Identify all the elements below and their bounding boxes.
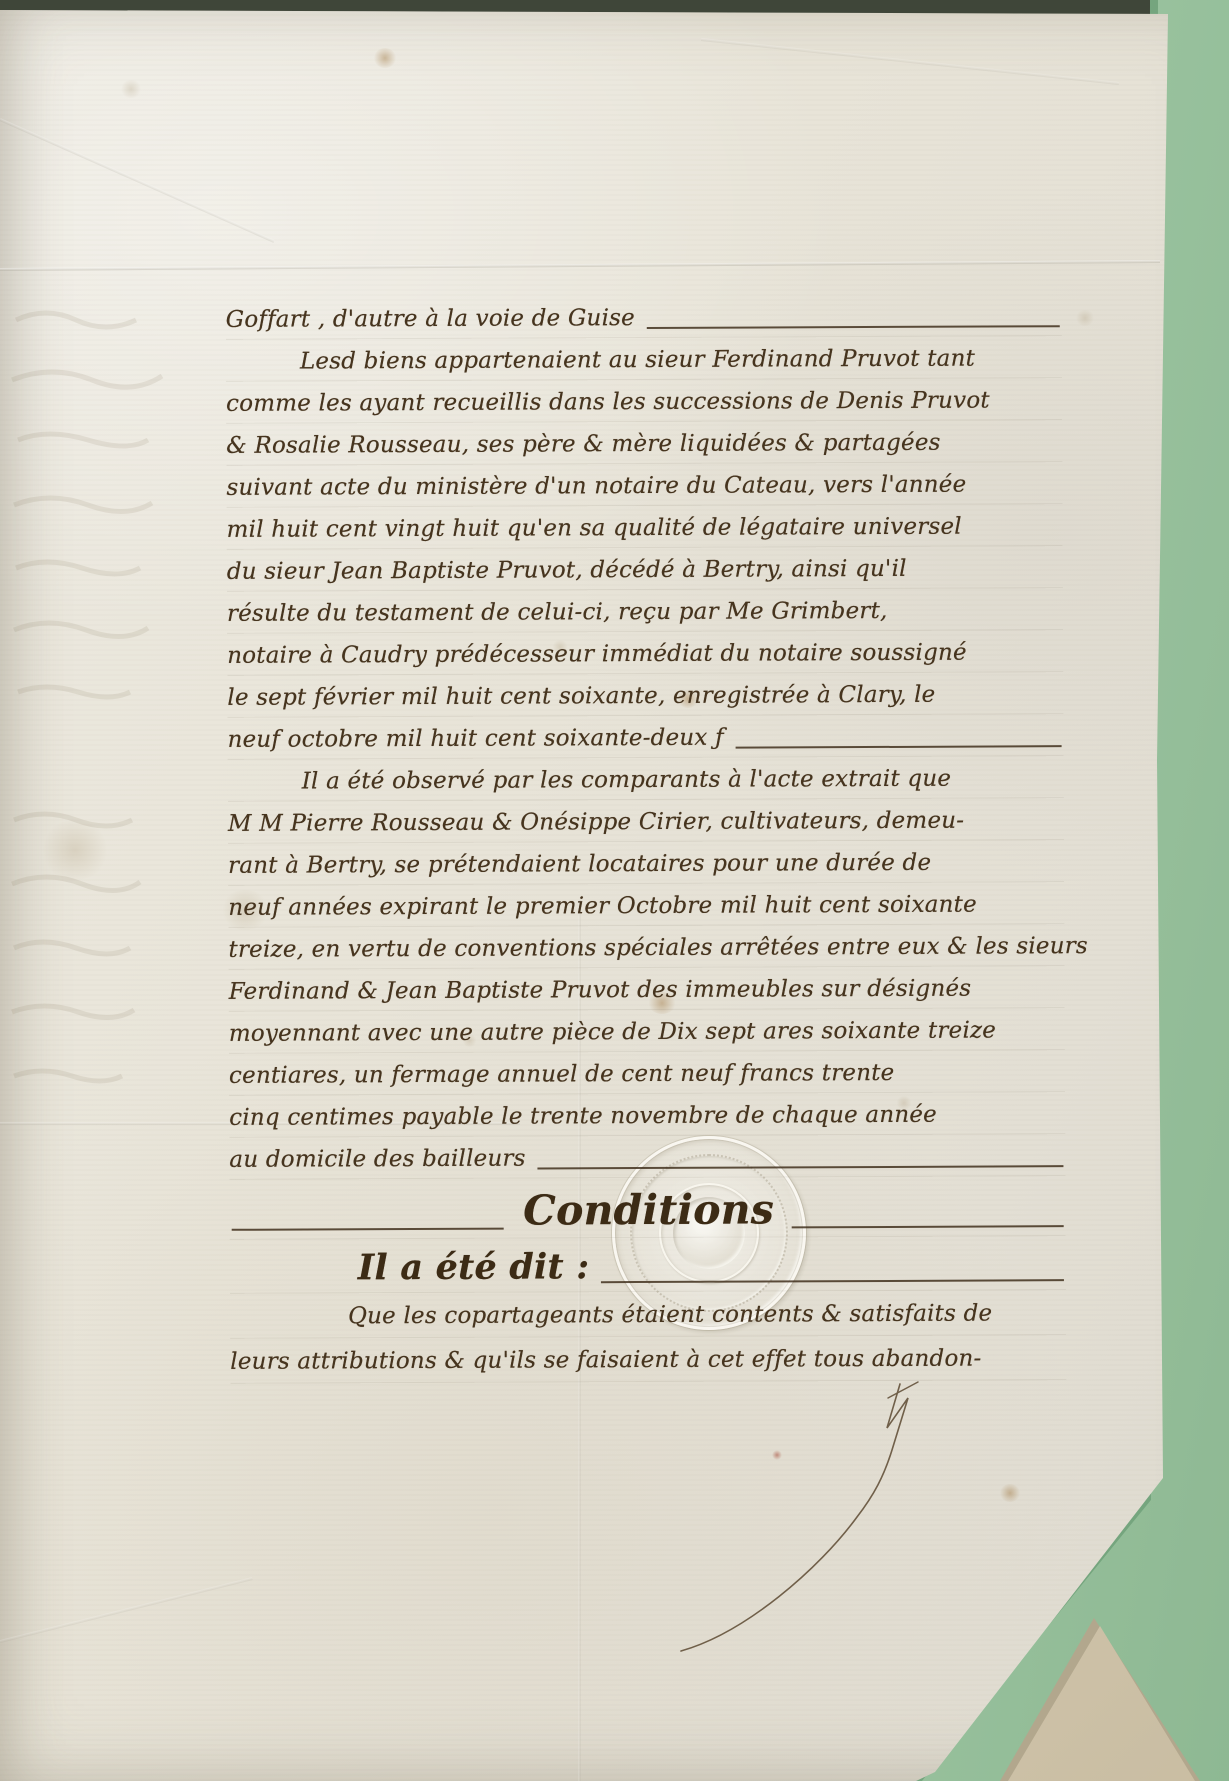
manuscript-line: & Rosalie Rousseau, ses père & mère liqu… [226,420,1062,466]
manuscript-line-text: au domicile des bailleurs [229,1139,525,1180]
manuscript-line: centiares, un fermage annuel de cent neu… [229,1050,1065,1096]
manuscript-line-text: Il a été observé par les comparants à l'… [302,759,952,802]
manuscript-line: le sept février mil huit cent soixante, … [227,672,1063,718]
manuscript-line-text: neuf années expirant le premier Octobre … [228,885,977,928]
manuscript-line: neuf années expirant le premier Octobre … [228,882,1064,928]
manuscript-line-text: neuf octobre mil huit cent soixante-deux… [227,718,723,760]
manuscript-line-text: Il a été dit : [358,1242,590,1293]
manuscript-line-text: comme les ayant recueillis dans les succ… [226,380,990,423]
manuscript-line: moyennant avec une autre pièce de Dix se… [229,1008,1065,1054]
manuscript-line-text: moyennant avec une autre pièce de Dix se… [229,1010,996,1053]
manuscript-line-text: Que les copartageants étaient contents &… [348,1292,992,1338]
manuscript-line: mil huit cent vingt huit qu'en sa qualit… [227,504,1063,550]
manuscript-line-text: Ferdinand & Jean Baptiste Pruvot des imm… [229,969,972,1012]
scanned-document-page: Goffart , d'autre à la voie de GuiseLesd… [0,0,1229,1781]
manuscript-line: treize, en vertu de conventions spéciale… [228,924,1064,970]
manuscript-line-text: & Rosalie Rousseau, ses père & mère liqu… [226,423,940,466]
ink-rule [538,1165,1064,1169]
pen-flourish [648,1368,978,1668]
manuscript-line-text: centiares, un fermage annuel de cent neu… [229,1053,895,1096]
manuscript-line: Goffart , d'autre à la voie de Guise [226,294,1062,340]
ink-rule [792,1225,1064,1228]
manuscript-line: suivant acte du ministère d'un notaire d… [226,462,1062,508]
manuscript-line: neuf octobre mil huit cent soixante-deux… [227,714,1063,760]
manuscript-line: cinq centimes payable le trente novembre… [229,1092,1065,1138]
manuscript-line-text: cinq centimes payable le trente novembre… [229,1095,937,1138]
manuscript-line-text: Goffart , d'autre à la voie de Guise [226,298,635,340]
manuscript-line: notaire à Caudry prédécesseur immédiat d… [227,630,1063,676]
manuscript-line-text: rant à Bertry, se prétendaient locataire… [228,843,931,886]
manuscript-line: Lesd biens appartenaient au sieur Ferdin… [226,336,1062,382]
manuscript-line: M M Pierre Rousseau & Onésippe Cirier, c… [228,798,1064,844]
ink-show-through [6,300,206,720]
manuscript-line: au domicile des bailleurs [229,1134,1065,1180]
manuscript-line-text: mil huit cent vingt huit qu'en sa qualit… [227,507,962,550]
manuscript-line-text: suivant acte du ministère d'un notaire d… [226,465,966,508]
manuscript-line: comme les ayant recueillis dans les succ… [226,378,1062,424]
manuscript-line: Il a été dit : [230,1236,1066,1294]
manuscript-line-text: treize, en vertu de conventions spéciale… [228,926,1088,970]
manuscript-line: rant à Bertry, se prétendaient locataire… [228,840,1064,886]
manuscript-line-text: du sieur Jean Baptiste Pruvot, décédé à … [227,549,907,592]
ink-rule [647,325,1060,329]
ink-rule [232,1228,504,1231]
ink-show-through [4,800,184,1120]
manuscript-line-text: M M Pierre Rousseau & Onésippe Cirier, c… [228,801,964,844]
ink-rule [601,1279,1064,1283]
manuscript-line: Conditions [229,1176,1065,1240]
manuscript-line: Il a été observé par les comparants à l'… [228,756,1064,802]
manuscript-line-text: le sept février mil huit cent soixante, … [227,675,935,718]
manuscript-line: résulte du testament de celui-ci, reçu p… [227,588,1063,634]
manuscript-text: Goffart , d'autre à la voie de GuiseLesd… [226,294,1067,1384]
manuscript-line: Que les copartageants étaient contents &… [230,1290,1066,1339]
manuscript-line: du sieur Jean Baptiste Pruvot, décédé à … [227,546,1063,592]
manuscript-line-text: notaire à Caudry prédécesseur immédiat d… [227,633,967,676]
manuscript-line-text: Lesd biens appartenaient au sieur Ferdin… [300,339,975,382]
manuscript-line: Ferdinand & Jean Baptiste Pruvot des imm… [229,966,1065,1012]
manuscript-line-text: Conditions [523,1181,774,1238]
manuscript-line-text: résulte du testament de celui-ci, reçu p… [227,591,888,634]
ink-rule [736,745,1062,748]
